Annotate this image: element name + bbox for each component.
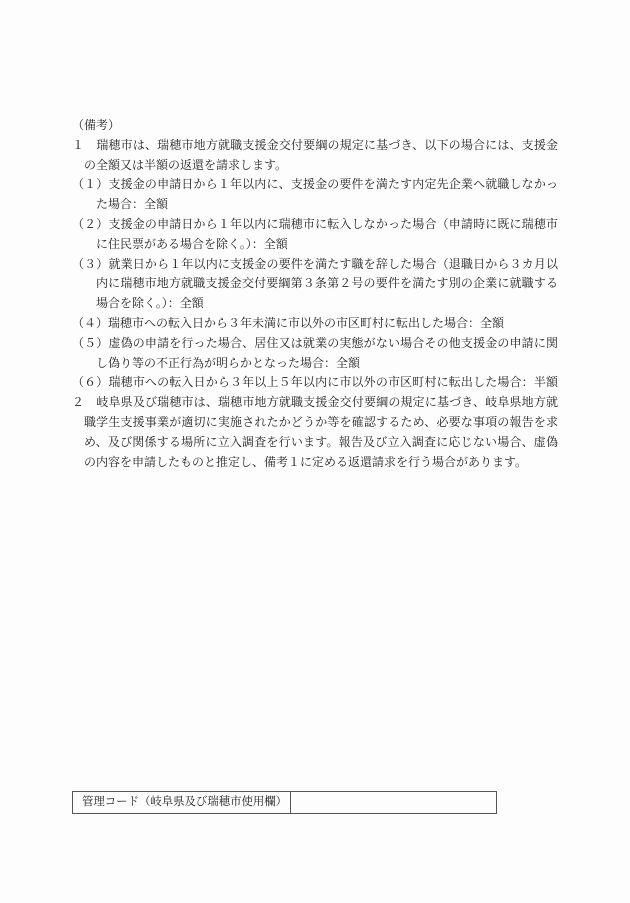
management-code-table: 管理コード（岐阜県及び瑞穂市使用欄） <box>72 791 497 814</box>
management-code-label: 管理コード（岐阜県及び瑞穂市使用欄） <box>73 792 291 813</box>
management-code-value-cell <box>291 792 496 813</box>
note-line: （３）就業日から１年以内に支援金の要件を満たす職を辞した場合（退職日から３カ月以 <box>72 255 558 275</box>
note-line: １ 瑞穂市は、瑞穂市地方就職支援金交付要綱の規定に基づき、以下の場合には、支援金 <box>72 136 558 156</box>
document-page: （備考）１ 瑞穂市は、瑞穂市地方就職支援金交付要綱の規定に基づき、以下の場合には… <box>0 0 630 903</box>
note-line: （１）支援金の申請日から１年以内に、支援金の要件を満たす内定先企業へ就職しなかっ <box>72 175 558 195</box>
remarks-section: （備考）１ 瑞穂市は、瑞穂市地方就職支援金交付要綱の規定に基づき、以下の場合には… <box>72 116 558 472</box>
note-line: 内に瑞穂市地方就職支援金交付要綱第３条第２号の要件を満たす別の企業に就職する <box>72 274 558 294</box>
note-line: ２ 岐阜県及び瑞穂市は、瑞穂市地方就職支援金交付要綱の規定に基づき、岐阜県地方就 <box>72 393 558 413</box>
note-line: に住民票がある場合を除く。）：全額 <box>72 235 558 255</box>
note-line: し偽り等の不正行為が明らかとなった場合：全額 <box>72 354 558 374</box>
note-line: 職学生支援事業が適切に実施されたかどうか等を確認するため、必要な事項の報告を求 <box>72 413 558 433</box>
note-line: 場合を除く。）：全額 <box>72 294 558 314</box>
note-line: の全額又は半額の返還を請求します。 <box>72 156 558 176</box>
note-line: （６）瑞穂市への転入日から３年以上５年以内に市以外の市区町村に転出した場合：半額 <box>72 373 558 393</box>
note-line: （２）支援金の申請日から１年以内に瑞穂市に転入しなかった場合（申請時に既に瑞穂市 <box>72 215 558 235</box>
note-line: め、及び関係する場所に立入調査を行います。報告及び立入調査に応じない場合、虚偽 <box>72 433 558 453</box>
note-line: の内容を申請したものと推定し、備考１に定める返還請求を行う場合があります。 <box>72 453 558 473</box>
note-line: （備考） <box>72 116 558 136</box>
note-line: （５）虚偽の申請を行った場合、居住又は就業の実態がない場合その他支援金の申請に関 <box>72 334 558 354</box>
note-line: た場合：全額 <box>72 195 558 215</box>
note-line: （４）瑞穂市への転入日から３年未満に市以外の市区町村に転出した場合：全額 <box>72 314 558 334</box>
